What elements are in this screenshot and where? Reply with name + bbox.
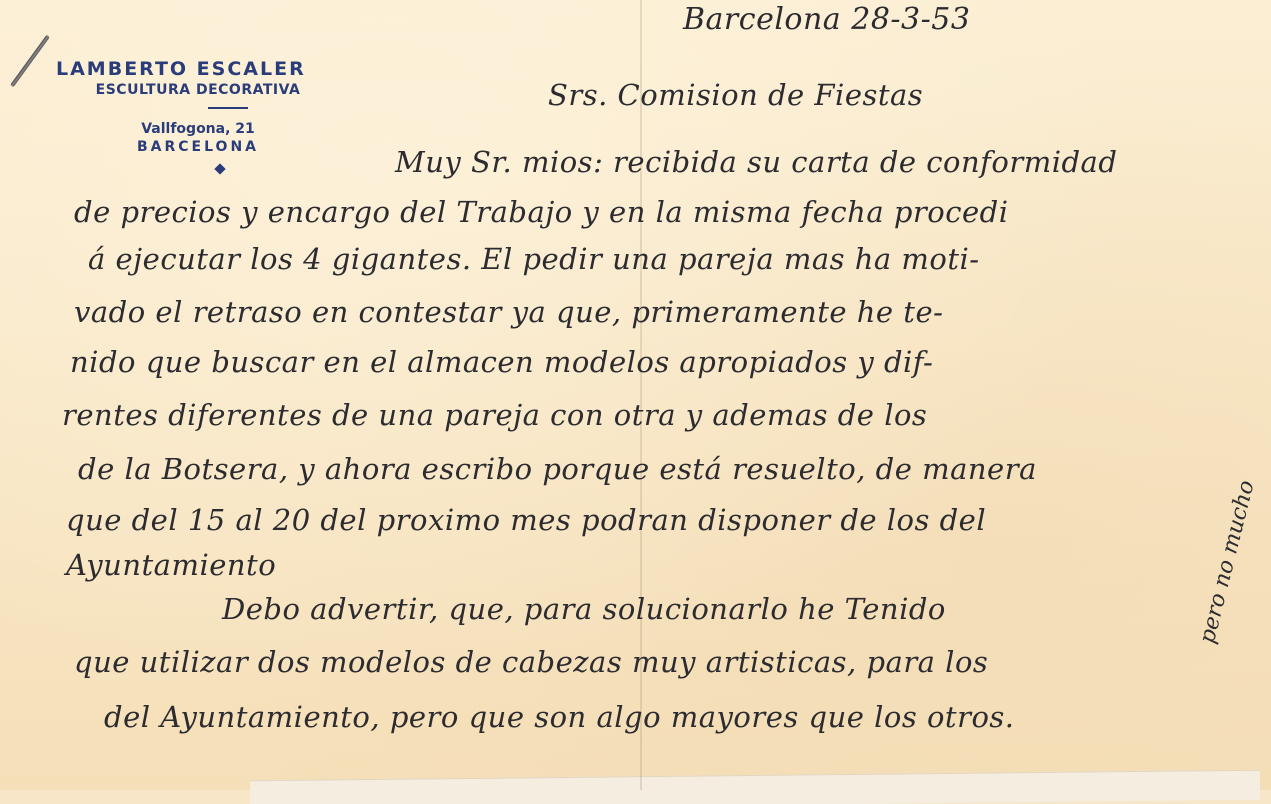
diamond-ornament-icon bbox=[214, 163, 225, 174]
letter-line: rentes diferentes de una pareja con otra… bbox=[62, 398, 927, 432]
letter-line: del Ayuntamiento, pero que son algo mayo… bbox=[104, 700, 1015, 734]
letter-line: Debo advertir, que, para solucionarlo he… bbox=[222, 592, 946, 626]
letterhead-rule bbox=[208, 107, 248, 109]
letter-line: á ejecutar los 4 gigantes. El pedir una … bbox=[88, 242, 980, 276]
letter-line: que utilizar dos modelos de cabezas muy … bbox=[74, 645, 988, 679]
letter-line: de precios y encargo del Trabajo y en la… bbox=[74, 195, 1008, 229]
letter-line: vado el retraso en contestar ya que, pri… bbox=[74, 295, 943, 329]
letter-line: que del 15 al 20 del proximo mes podran … bbox=[66, 503, 986, 537]
letter-line: de la Botsera, y ahora escribo porque es… bbox=[78, 452, 1037, 486]
letterhead-name: LAMBERTO ESCALER bbox=[56, 58, 378, 80]
letter-line: Ayuntamiento bbox=[66, 548, 276, 582]
place-date: Barcelona 28-3-53 bbox=[683, 2, 970, 37]
letterhead-city: BARCELONA bbox=[18, 139, 378, 155]
letterhead: LAMBERTO ESCALER ESCULTURA DECORATIVA Va… bbox=[58, 58, 378, 173]
letterhead-subtitle: ESCULTURA DECORATIVA bbox=[18, 82, 378, 98]
letterhead-street: Vallfogona, 21 bbox=[18, 121, 378, 137]
letter-line: Muy Sr. mios: recibida su carta de confo… bbox=[395, 145, 1117, 179]
addressee: Srs. Comision de Fiestas bbox=[548, 78, 923, 112]
letter-line: nido que buscar en el almacen modelos ap… bbox=[70, 345, 933, 379]
